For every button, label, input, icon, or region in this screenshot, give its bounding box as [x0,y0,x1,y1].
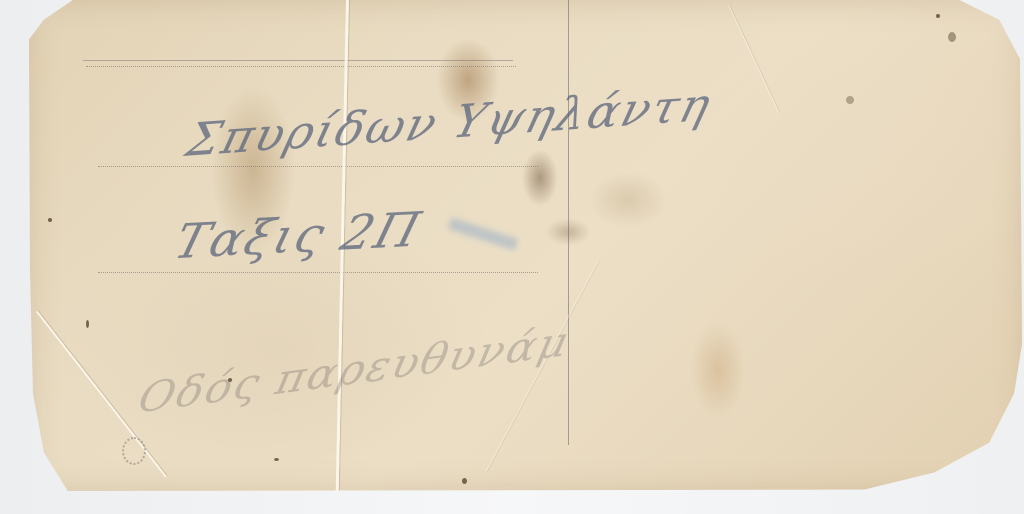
address-divider-line [568,0,569,445]
ink-speck [948,32,956,42]
ink-speck [274,458,279,461]
ink-speck [228,378,232,382]
circular-stamp-icon [122,437,146,465]
postcard-back: Σπυρίδων Υψηλάντη Ταξις 2Π Οδός παρευθυν… [28,0,1024,492]
middle-rule [98,166,538,167]
diagonal-crease-right [728,5,780,114]
ink-speck [846,96,854,104]
faint-handwritten-line: Οδός παρευθυνάμ [134,317,574,423]
top-rule-dotted [86,66,516,67]
blue-crayon-mark [448,217,518,250]
top-rule-solid [83,60,513,61]
handwritten-recipient-name: Σπυρίδων Υψηλάντη [181,77,718,167]
ink-speck [462,478,467,484]
ink-speck [48,218,52,222]
ink-speck [936,14,940,18]
ink-speck [86,320,89,328]
handwritten-street-address: Ταξις 2Π [169,202,428,270]
lower-rule [98,272,538,273]
